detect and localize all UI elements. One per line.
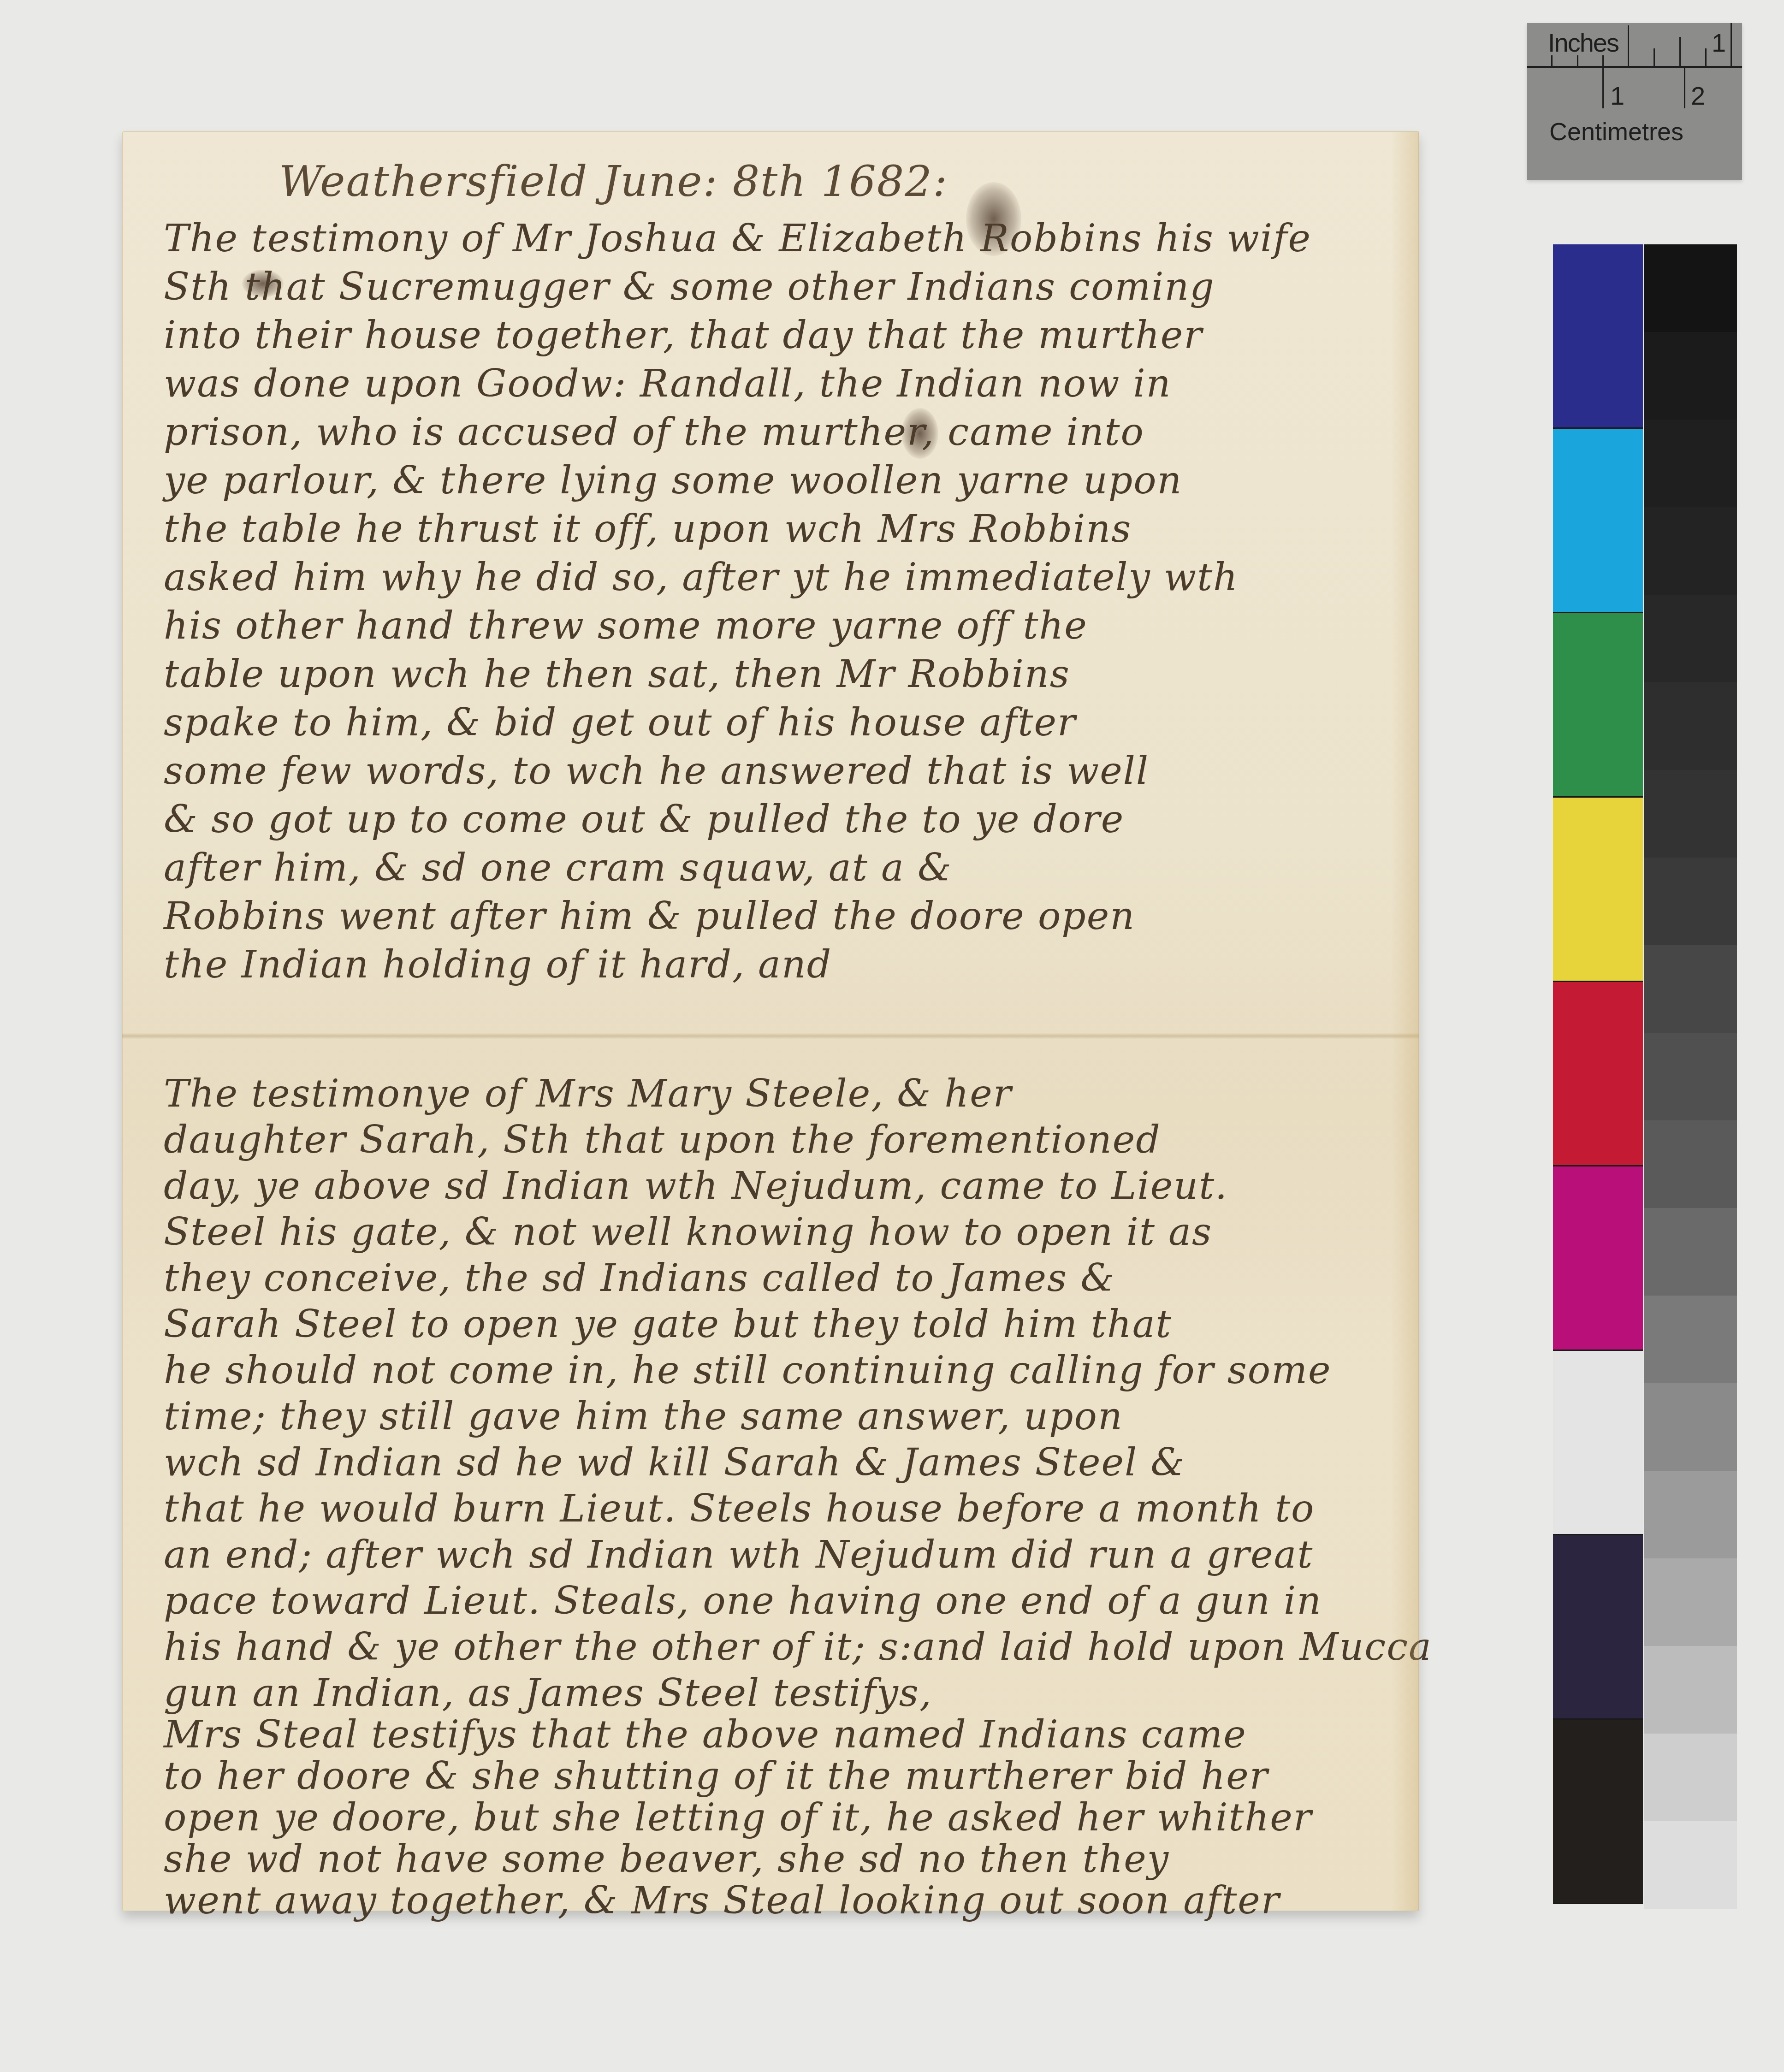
text-line: Sarah Steel to open ye gate but they tol…	[164, 1302, 1172, 1346]
inches-label: Inches	[1548, 28, 1618, 58]
text-line: was done upon Goodw: Randall, the Indian…	[164, 362, 1171, 406]
text-line: went away together, & Mrs Steal looking …	[164, 1879, 1280, 1923]
text-line: asked him why he did so, after yt he imm…	[164, 556, 1239, 599]
text-line: Steel his gate, & not well knowing how t…	[164, 1210, 1212, 1254]
manuscript-leaf: Weathersfield June: 8th 1682: The testim…	[122, 131, 1419, 1911]
text-line: spake to him, & bid get out of his house…	[164, 701, 1076, 745]
ruler-tick	[1731, 23, 1732, 67]
swatch-red	[1553, 982, 1643, 1166]
ruler-tick	[1577, 55, 1578, 67]
text-line: an end; after wch sd Indian wth Nejudum …	[164, 1533, 1313, 1577]
gray-step	[1644, 1734, 1737, 1821]
gray-step	[1644, 1646, 1737, 1734]
inch-number: 1	[1712, 28, 1726, 58]
swatch-cyan	[1553, 429, 1643, 613]
ruler-baseline	[1527, 66, 1742, 68]
ruler-tick	[1684, 67, 1685, 108]
ruler-tick	[1679, 37, 1681, 67]
color-target-swatches	[1553, 244, 1643, 1904]
text-line: his hand & ye other the other of it; s:a…	[164, 1625, 1432, 1669]
text-line: prison, who is accused of the murther, c…	[164, 410, 1144, 454]
swatch-yellow	[1553, 798, 1643, 982]
text-line: Mrs Steal testifys that the above named …	[164, 1713, 1247, 1757]
text-line: wch sd Indian sd he wd kill Sarah & Jame…	[164, 1441, 1185, 1485]
date-heading: Weathersfield June: 8th 1682:	[279, 157, 948, 206]
ruler-tick	[1602, 67, 1604, 108]
text-line: that he would burn Lieut. Steels house b…	[164, 1487, 1315, 1531]
gray-step	[1644, 1033, 1737, 1120]
gray-step	[1644, 332, 1737, 420]
text-line: Robbins went after him & pulled the door…	[164, 894, 1135, 938]
text-line: to her doore & she shutting of it the mu…	[164, 1754, 1268, 1798]
swatch-black	[1553, 1720, 1643, 1904]
gray-step	[1644, 770, 1737, 858]
text-line: Sth that Sucremugger & some other Indian…	[164, 265, 1215, 309]
cm-number: 1	[1610, 81, 1624, 111]
gray-step	[1644, 244, 1737, 332]
ruler-tick	[1705, 48, 1707, 67]
text-line: open ye doore, but she letting of it, he…	[164, 1796, 1312, 1840]
text-line: the table he thrust it off, upon wch Mrs…	[164, 507, 1132, 551]
ruler-tick	[1551, 55, 1553, 67]
gray-scale-steps	[1644, 244, 1737, 1909]
gray-step	[1644, 1558, 1737, 1646]
gray-step	[1644, 420, 1737, 507]
ruler-tick	[1654, 48, 1655, 67]
text-line: ye parlour, & there lying some woollen y…	[164, 459, 1182, 503]
text-line: & so got up to come out & pulled the to …	[164, 798, 1124, 841]
text-line: The testimony of Mr Joshua & Elizabeth R…	[164, 217, 1311, 260]
text-line: day, ye above sd Indian wth Nejudum, cam…	[164, 1164, 1228, 1208]
cm-number: 2	[1691, 81, 1705, 111]
swatch-dark-purple	[1553, 1535, 1643, 1720]
gray-step	[1644, 945, 1737, 1033]
swatch-magenta	[1553, 1166, 1643, 1351]
text-line: he should not come in, he still continui…	[164, 1349, 1332, 1392]
text-line: they conceive, the sd Indians called to …	[164, 1256, 1115, 1300]
gray-step	[1644, 1120, 1737, 1208]
ruler-tick	[1602, 55, 1604, 67]
text-line: daughter Sarah, Sth that upon the foreme…	[164, 1118, 1161, 1162]
text-line: some few words, to wch he answered that …	[164, 749, 1149, 793]
text-line: gun an Indian, as James Steel testifys,	[164, 1671, 932, 1715]
swatch-green	[1553, 613, 1643, 798]
gray-step	[1644, 1296, 1737, 1383]
swatch-blue	[1553, 244, 1643, 429]
text-line: time; they still gave him the same answe…	[164, 1395, 1123, 1439]
gray-step	[1644, 1471, 1737, 1558]
gray-step	[1644, 595, 1737, 682]
measurement-ruler: Inches 1 1 2 Centimetres	[1527, 23, 1742, 180]
gray-step	[1644, 682, 1737, 770]
gray-step	[1644, 1821, 1737, 1909]
centimetres-label: Centimetres	[1549, 118, 1683, 146]
swatch-white	[1553, 1351, 1643, 1535]
gray-step	[1644, 1383, 1737, 1471]
text-line: table upon wch he then sat, then Mr Robb…	[164, 652, 1070, 696]
text-line: she wd not have some beaver, she sd no t…	[164, 1837, 1169, 1881]
gray-step	[1644, 1208, 1737, 1296]
text-line: the Indian holding of it hard, and	[164, 943, 832, 987]
text-line: pace toward Lieut. Steals, one having on…	[164, 1579, 1322, 1623]
text-line: into their house together, that day that…	[164, 314, 1203, 357]
text-line: after him, & sd one cram squaw, at a &	[164, 846, 952, 890]
ruler-tick	[1628, 25, 1629, 67]
gray-step	[1644, 858, 1737, 945]
gray-step	[1644, 507, 1737, 595]
text-line: The testimonye of Mrs Mary Steele, & her	[164, 1072, 1012, 1116]
text-line: his other hand threw some more yarne off…	[164, 604, 1088, 648]
